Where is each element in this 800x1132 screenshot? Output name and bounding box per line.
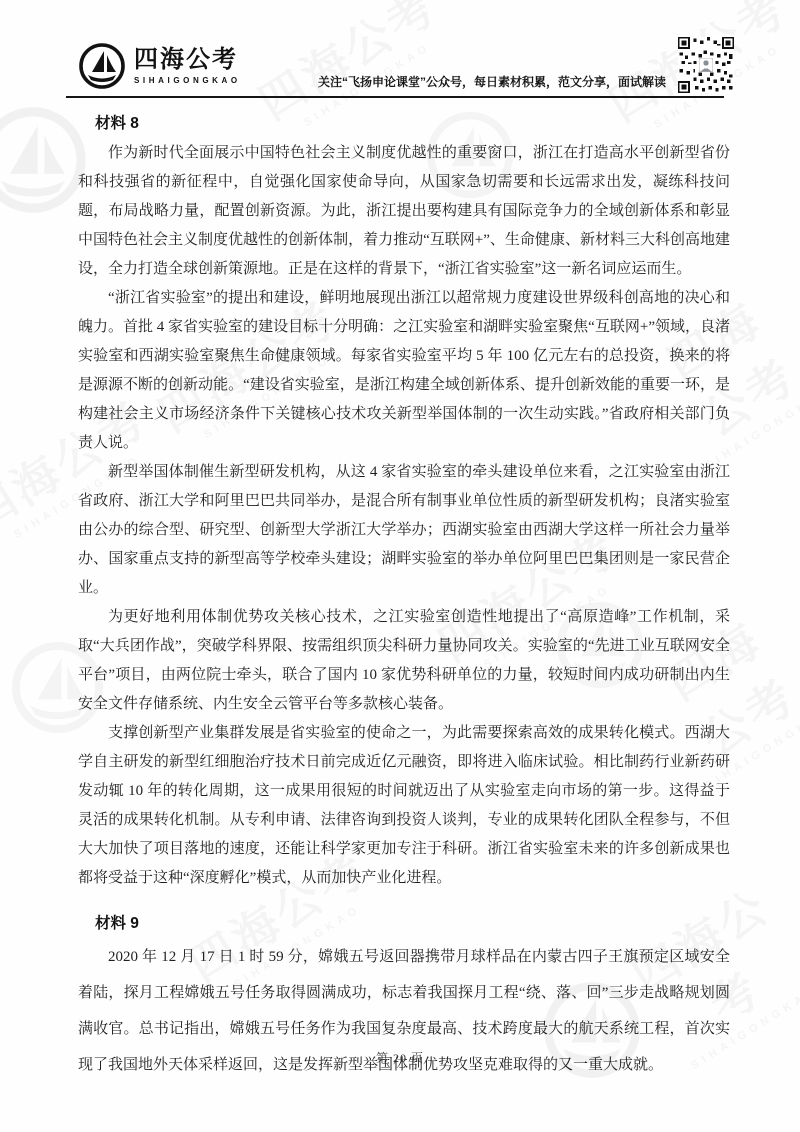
material-8-paragraph: 为更好地利用体制优势攻关核心技术，之江实验室创造性地提出了“高原造峰”工作机制，… bbox=[78, 603, 730, 719]
brand-subtitle: SIHAIGONGKAO bbox=[134, 76, 241, 85]
header-tagline: 关注“飞扬申论课堂”公众号，每日素材积累，范文分享，面试解读 bbox=[318, 73, 666, 90]
material-8-paragraph: 作为新时代全面展示中国特色社会主义制度优越性的重要窗口，浙江在打造高水平创新型省… bbox=[78, 139, 730, 284]
page-number: 第 20 页 bbox=[376, 1051, 424, 1065]
material-8-heading: 材料 8 bbox=[78, 109, 730, 139]
sailboat-logo-icon bbox=[78, 42, 126, 90]
material-8-paragraph: “浙江省实验室”的提出和建设，鲜明地展现出浙江以超常规力度建设世界级科创高地的决… bbox=[78, 284, 730, 458]
document-body: 材料 8 作为新时代全面展示中国特色社会主义制度优越性的重要窗口，浙江在打造高水… bbox=[78, 109, 730, 1083]
header-divider bbox=[66, 96, 724, 98]
document-page: 四海公考SIHAIGONGKAO 四海公考SIHAIGONGKAO 四海公考SI… bbox=[0, 0, 800, 1132]
material-8-paragraph: 新型举国体制催生新型研发机构，从这 4 家省实验室的牵头建设单位来看，之江实验室… bbox=[78, 458, 730, 603]
section-material-8: 材料 8 作为新时代全面展示中国特色社会主义制度优越性的重要窗口，浙江在打造高水… bbox=[78, 109, 730, 893]
qr-code-icon bbox=[678, 37, 734, 93]
brand-name: 四海公考 bbox=[134, 47, 241, 73]
page-footer: 第 20 页 bbox=[0, 1049, 800, 1066]
brand-text: 四海公考 SIHAIGONGKAO bbox=[134, 47, 241, 85]
material-9-heading: 材料 9 bbox=[78, 909, 730, 939]
brand-logo: 四海公考 SIHAIGONGKAO bbox=[78, 42, 241, 90]
material-8-paragraph: 支撑创新型产业集群发展是省实验室的使命之一，为此需要探索高效的成果转化模式。西湖… bbox=[78, 719, 730, 893]
watermark-sailboat-icon bbox=[0, 105, 88, 215]
